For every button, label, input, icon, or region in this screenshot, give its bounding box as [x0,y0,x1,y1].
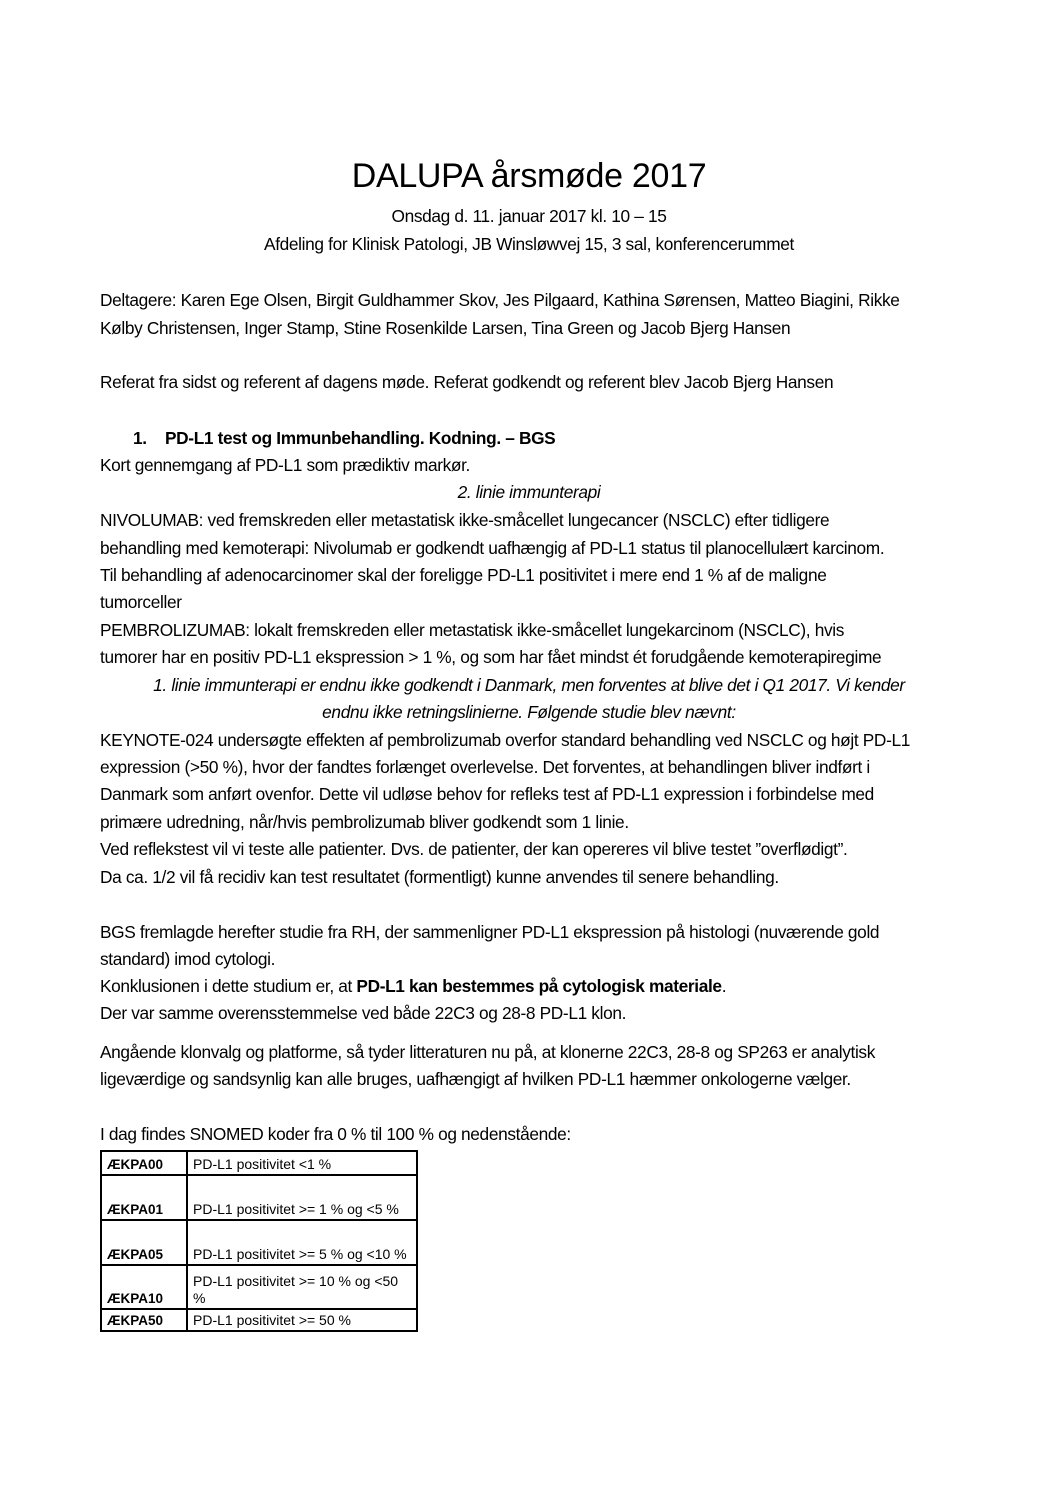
snomed-code-table: ÆKPA00PD-L1 positivitet <1 %ÆKPA01PD-L1 … [100,1150,418,1332]
document-page: DALUPA årsmøde 2017 Onsdag d. 11. januar… [0,0,1058,1497]
table-row: ÆKPA00PD-L1 positivitet <1 % [101,1151,417,1175]
first-line-note: endnu ikke retningslinierne. Følgende st… [0,699,1058,726]
agreement-line: Der var samme overensstemmelse ved både … [100,1000,626,1027]
snomed-code-cell: ÆKPA05 [101,1220,187,1265]
snomed-code-cell: ÆKPA50 [101,1309,187,1331]
keynote-line: Danmark som anført ovenfor. Dette vil ud… [100,781,874,808]
snomed-description-cell: PD-L1 positivitet >= 5 % og <10 % [187,1220,417,1265]
snomed-code-cell: ÆKPA00 [101,1151,187,1175]
section-intro: Kort gennemgang af PD-L1 som prædiktiv m… [100,452,470,479]
nivolumab-line: behandling med kemoterapi: Nivolumab er … [100,535,884,562]
first-line-note: 1. linie immunterapi er endnu ikke godke… [0,672,1058,699]
conclusion-suffix: . [722,976,726,996]
conclusion-prefix: Konklusionen i dette studium er, at [100,976,356,996]
snomed-code-cell: ÆKPA01 [101,1175,187,1220]
section-number: 1. [133,425,147,452]
table-row: ÆKPA05PD-L1 positivitet >= 5 % og <10 % [101,1220,417,1265]
clone-line: ligeværdige og sandsynlig kan alle bruge… [100,1066,851,1093]
conclusion-bold: PD-L1 kan bestemmes på cytologisk materi… [356,976,721,996]
bgs-study-line: BGS fremlagde herefter studie fra RH, de… [100,919,879,946]
section-heading: PD-L1 test og Immunbehandling. Kodning. … [165,425,555,452]
meeting-date: Onsdag d. 11. januar 2017 kl. 10 – 15 [0,203,1058,230]
snomed-description-cell: PD-L1 positivitet <1 % [187,1151,417,1175]
snomed-description-cell: PD-L1 positivitet >= 50 % [187,1309,417,1331]
nivolumab-line: NIVOLUMAB: ved fremskreden eller metasta… [100,507,829,534]
nivolumab-line: tumorceller [100,589,182,616]
snomed-description-cell: PD-L1 positivitet >= 10 % og <50 % [187,1265,417,1309]
keynote-line: primære udredning, når/hvis pembrolizuma… [100,809,629,836]
table-row: ÆKPA10PD-L1 positivitet >= 10 % og <50 % [101,1265,417,1309]
snomed-code-cell: ÆKPA10 [101,1265,187,1309]
snomed-intro: I dag findes SNOMED koder fra 0 % til 10… [100,1121,571,1148]
keynote-line: expression (>50 %), hvor der fandtes for… [100,754,870,781]
participants-line-2: Kølby Christensen, Inger Stamp, Stine Ro… [100,315,790,342]
document-title: DALUPA årsmøde 2017 [0,152,1058,200]
table-row: ÆKPA50PD-L1 positivitet >= 50 % [101,1309,417,1331]
bgs-study-line: standard) imod cytologi. [100,946,275,973]
snomed-description-cell: PD-L1 positivitet >= 1 % og <5 % [187,1175,417,1220]
subheading-second-line-therapy: 2. linie immunterapi [0,479,1058,506]
keynote-line: KEYNOTE-024 undersøgte effekten af pembr… [100,727,910,754]
pembrolizumab-line: tumorer har en positiv PD-L1 ekspression… [100,644,881,671]
pembrolizumab-line: PEMBROLIZUMAB: lokalt fremskreden eller … [100,617,844,644]
keynote-line: Ved reflekstest vil vi teste alle patien… [100,836,847,863]
participants-line-1: Deltagere: Karen Ege Olsen, Birgit Guldh… [100,287,900,314]
clone-line: Angående klonvalg og platforme, så tyder… [100,1039,875,1066]
minutes-note: Referat fra sidst og referent af dagens … [100,369,833,396]
conclusion-line: Konklusionen i dette studium er, at PD-L… [100,973,726,1000]
keynote-line: Da ca. 1/2 vil få recidiv kan test resul… [100,864,779,891]
nivolumab-line: Til behandling af adenocarcinomer skal d… [100,562,826,589]
table-row: ÆKPA01PD-L1 positivitet >= 1 % og <5 % [101,1175,417,1220]
meeting-location: Afdeling for Klinisk Patologi, JB Winslø… [0,231,1058,258]
